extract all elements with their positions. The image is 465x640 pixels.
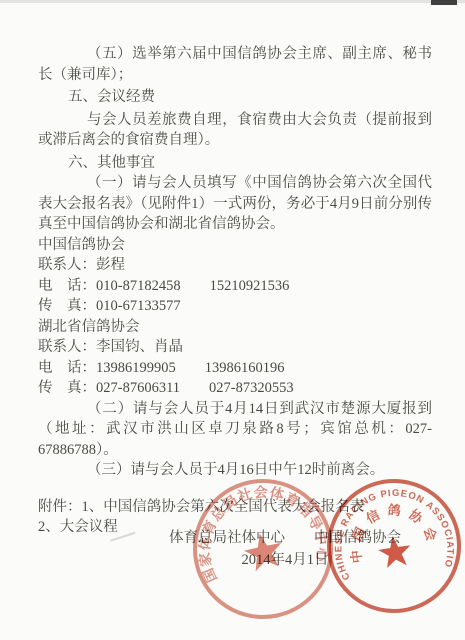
contact-fax-china: 传 真：010-67133577: [38, 296, 432, 317]
section-heading-5: 五、会议经费: [38, 87, 432, 108]
scan-edge-artifact: [0, 0, 465, 3]
contact-person-hubei: 联系人：李国钧、肖晶: [38, 337, 432, 358]
signature-orgs: 体育总局社体中心 中国信鸽协会: [105, 527, 465, 549]
scan-corner-artifact: [431, 0, 457, 5]
attachment-item-1: 附件：1、中国信鸽协会第六次全国代表大会报名表: [38, 497, 432, 518]
contact-phone-china: 电 话：010-87182458 15210921536: [38, 276, 432, 297]
contact-org-china: 中国信鸽协会: [38, 235, 432, 256]
signature-date: 2014年4月1日: [105, 549, 465, 571]
paragraph-funding: 与会人员差旅费自理，食宿费由大会负责（提前报到或滞后离会的食宿费自理）。: [38, 110, 432, 151]
paragraph-6-1-registration: （一）请与会人员填写《中国信鸽协会第六次全国代表大会报名表》（见附件1）一式两份…: [38, 173, 432, 235]
signature-block: 体育总局社体中心 中国信鸽协会 2014年4月1日: [105, 527, 465, 571]
section-heading-6: 六、其他事宜: [38, 153, 432, 174]
paragraph-6-2-checkin: （二）请与会人员于4月14日到武汉市楚源大厦报到（地址：武汉市洪山区卓刀泉路8号…: [38, 399, 432, 461]
contact-phone-hubei: 电 话：13986199905 13986160196: [38, 358, 432, 379]
scanned-document-page: （五）选举第六届中国信鸽协会主席、副主席、秘书长（兼司库）； 五、会议经费 与会…: [0, 0, 465, 640]
contact-fax-hubei: 传 真：027-87606311 027-87320553: [38, 378, 432, 399]
paragraph-item-5-election: （五）选举第六届中国信鸽协会主席、副主席、秘书长（兼司库）；: [38, 44, 432, 85]
contact-person-china: 联系人：彭程: [38, 255, 432, 276]
document-body: （五）选举第六届中国信鸽协会主席、副主席、秘书长（兼司库）； 五、会议经费 与会…: [38, 44, 432, 538]
paragraph-6-3-departure: （三）请与会人员于4月16日中午12时前离会。: [38, 460, 432, 481]
contact-org-hubei: 湖北省信鸽协会: [38, 317, 432, 338]
